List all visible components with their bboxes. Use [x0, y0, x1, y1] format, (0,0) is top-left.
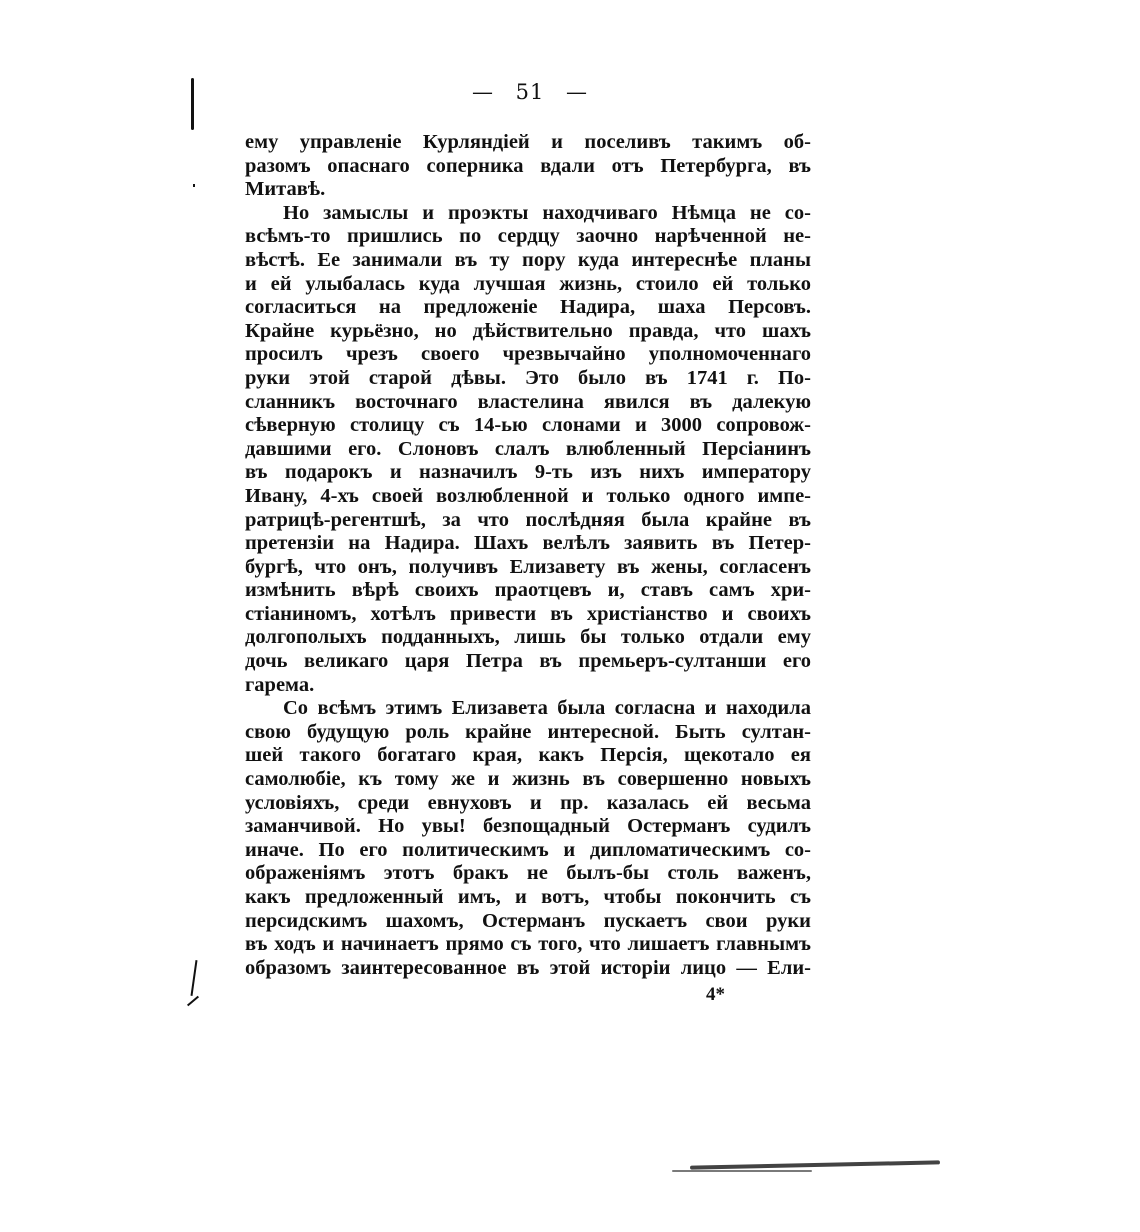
text-line: ратрицѣ-регентшѣ, за что послѣдняя была …: [245, 509, 811, 533]
text-line: шей такого богатаго края, какъ Персія, щ…: [245, 744, 811, 768]
page-number: 51: [516, 80, 545, 104]
text-line: самолюбіе, къ тому же и жизнь въ соверше…: [245, 768, 811, 792]
text-line: свою будущую роль крайне интересной. Быт…: [245, 721, 811, 745]
header-dash-right: —: [566, 80, 588, 104]
text-line: персидскимъ шахомъ, Остерманъ пускаетъ с…: [245, 910, 811, 934]
printer-signature-mark: 4*: [706, 984, 725, 1006]
text-line: бургѣ, что онъ, получивъ Елизавету въ же…: [245, 556, 811, 580]
scanned-book-page: — 51 — ему управленіе Курляндіей и посел…: [0, 0, 1140, 1232]
scan-mark-bottom-left: [191, 960, 198, 996]
text-line: какъ предложенный имъ, и вотъ, чтобы пок…: [245, 886, 811, 910]
scan-smudge-bottom: [690, 1160, 940, 1169]
text-line: и ей улыбалась куда лучшая жизнь, стоило…: [245, 273, 811, 297]
header-dash-left: —: [472, 80, 494, 104]
scan-mark-dot: [193, 184, 195, 187]
text-line: Ивану, 4-хъ своей возлюбленной и только …: [245, 485, 811, 509]
text-line: Но замыслы и проэкты находчиваго Нѣмца н…: [245, 202, 811, 226]
text-line: согласиться на предложеніе Надира, шаха …: [245, 296, 811, 320]
text-line: давшими его. Слоновъ слалъ влюбленный Пе…: [245, 438, 811, 462]
text-line: Крайне курьёзно, но дѣйствительно правда…: [245, 320, 811, 344]
body-text: ему управленіе Курляндіей и поселивъ так…: [245, 131, 811, 980]
text-line: заманчивой. Но увы! безпощадный Остерман…: [245, 815, 811, 839]
text-line: руки этой старой дѣвы. Это было въ 1741 …: [245, 367, 811, 391]
text-line: ему управленіе Курляндіей и поселивъ так…: [245, 131, 811, 155]
text-line: ображеніямъ этотъ бракъ не былъ-бы столь…: [245, 862, 811, 886]
scan-smudge-bottom-2: [672, 1170, 812, 1172]
text-line: гарема.: [245, 674, 811, 698]
text-line: иначе. По его политическимъ и дипломатич…: [245, 839, 811, 863]
text-line: въ подарокъ и назначилъ 9-ть изъ нихъ им…: [245, 461, 811, 485]
text-line: сланникъ восточнаго властелина явился въ…: [245, 391, 811, 415]
scan-mark-bottom-left-stroke: [187, 996, 199, 1007]
text-line: Митавѣ.: [245, 178, 811, 202]
text-line: стіаниномъ, хотѣлъ привести въ христіанс…: [245, 603, 811, 627]
text-line: образомъ заинтересованное въ этой исторі…: [245, 957, 811, 981]
text-line: долгополыхъ подданныхъ, лишь бы только о…: [245, 626, 811, 650]
text-line: сѣверную столицу съ 14-ью слонами и 3000…: [245, 414, 811, 438]
text-line: вѣстѣ. Ее занимали въ ту пору куда интер…: [245, 249, 811, 273]
text-line: Со всѣмъ этимъ Елизавета была согласна и…: [245, 697, 811, 721]
text-line: всѣмъ-то пришлись по сердцу заочно нарѣч…: [245, 225, 811, 249]
scan-mark-top-left: [191, 78, 194, 130]
text-line: просилъ чрезъ своего чрезвычайно уполном…: [245, 343, 811, 367]
text-line: въ ходъ и начинаетъ прямо съ того, что л…: [245, 933, 811, 957]
text-line: дочь великаго царя Петра въ премьеръ-сул…: [245, 650, 811, 674]
text-line: измѣнить вѣрѣ своихъ праотцевъ и, ставъ …: [245, 579, 811, 603]
page-number-header: — 51 —: [0, 80, 1060, 104]
text-line: разомъ опаснаго соперника вдали отъ Пете…: [245, 155, 811, 179]
text-line: претензіи на Надира. Шахъ велѣлъ заявить…: [245, 532, 811, 556]
text-line: условіяхъ, среди евнуховъ и пр. казалась…: [245, 792, 811, 816]
